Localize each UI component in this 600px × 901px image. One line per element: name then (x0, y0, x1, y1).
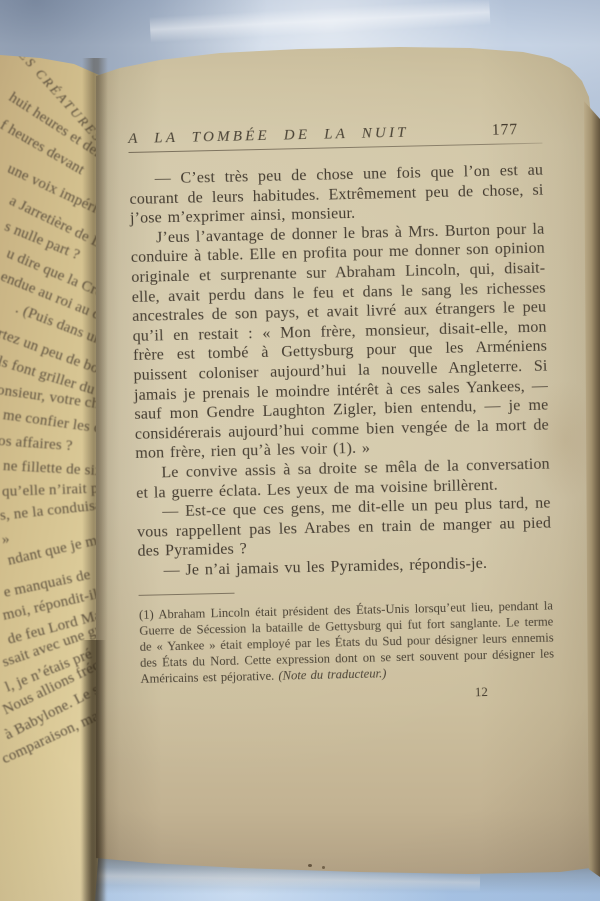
left-page-text-fragment: os affaires ? (0, 433, 73, 455)
fabric-highlight (150, 0, 491, 43)
running-header-title: A LA TOMBÉE DE LA NUIT (128, 125, 409, 148)
body-text: — C’est très peu de chose une fois que l… (129, 161, 552, 582)
paragraph: J’eus l’avantage de donner le bras à Mrs… (130, 219, 549, 463)
book-photo: RSES CRÉATUREShuit heures et demf heures… (0, 0, 600, 901)
page-content: A LA TOMBÉE DE LA NUIT 177 — C’est très … (128, 121, 555, 709)
paragraph: — Est-ce que ces gens, me dit-elle un pe… (136, 494, 551, 562)
translator-note: (Note du traducteur.) (278, 667, 386, 683)
paper-speck (308, 864, 312, 867)
signature-mark: 12 (475, 683, 555, 701)
gutter-shadow-deep (80, 640, 106, 901)
left-page-text-fragment: » (1, 531, 11, 549)
paragraph: — C’est très peu de chose une fois que l… (129, 161, 544, 229)
page-number: 177 (492, 121, 543, 140)
footnote-separator (139, 593, 235, 596)
footnote: (1) Abraham Lincoln était président des … (139, 598, 555, 687)
paper-speck (322, 866, 325, 869)
